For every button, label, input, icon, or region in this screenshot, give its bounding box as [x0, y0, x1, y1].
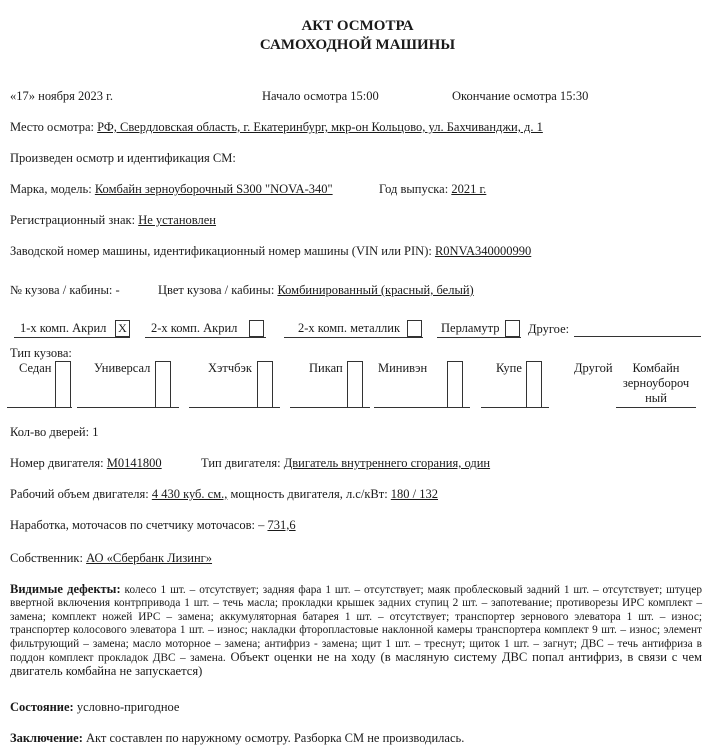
visible-defects: Видимые дефекты: колесо 1 шт. – отсутств…: [10, 583, 702, 680]
engine-number-value: M0141800: [107, 456, 162, 470]
paint-label: Перламутр: [441, 321, 499, 336]
condition-value: условно-пригодное: [77, 700, 180, 714]
paint-option-2k-acrylic: 2-х комп. Акрил: [145, 320, 266, 338]
inspection-start: Начало осмотра 15:00: [262, 89, 379, 104]
conclusion-label: Заключение:: [10, 731, 83, 745]
paint-other-field[interactable]: [574, 320, 701, 337]
model-value: Комбайн зерноуборочный S300 "NOVA-340": [95, 182, 333, 196]
paint-checkbox-pearl[interactable]: [505, 320, 520, 337]
motor-hours-label: Наработка, моточасов по счетчику моточас…: [10, 518, 264, 532]
motor-hours-value: 731,6: [267, 518, 295, 532]
inspection-date: «17» ноября 2023 г.: [10, 89, 113, 104]
body-type-checkbox-sedan[interactable]: [55, 361, 71, 407]
body-type-label-wagon: Универсал: [94, 361, 150, 376]
engine-power-label: мощность двигателя, л.с/кВт:: [231, 487, 388, 501]
body-type-label-pickup: Пикап: [309, 361, 343, 376]
doors-count: Кол-во дверей: 1: [10, 425, 98, 440]
body-type-sedan: Седан: [7, 361, 72, 408]
reg-label: Регистрационный знак:: [10, 213, 135, 227]
body-type-checkbox-pickup[interactable]: [347, 361, 363, 407]
document-title-line2: САМОХОДНОЙ МАШИНЫ: [0, 36, 715, 54]
body-type-label-minivan: Минивэн: [378, 361, 427, 376]
paint-label: 2-х комп. Акрил: [151, 321, 237, 336]
engine-power-value: 180 / 132: [391, 487, 438, 501]
engine-type-label: Тип двигателя:: [201, 456, 281, 470]
year-row: Год выпуска: 2021 г.: [379, 182, 486, 197]
year-value: 2021 г.: [451, 182, 486, 196]
paint-checkbox-2k-acrylic[interactable]: [249, 320, 264, 337]
engine-volume-row: Рабочий объем двигателя: 4 430 куб. см.,…: [10, 487, 438, 502]
condition-row: Состояние: условно-пригодное: [10, 700, 179, 715]
engine-type-value: Двигатель внутреннего сгорания, один: [284, 456, 490, 470]
body-type-checkbox-hatchback[interactable]: [257, 361, 273, 407]
body-type-label: Тип кузова:: [10, 346, 72, 361]
body-type-other-line1: Комбайн: [616, 361, 696, 376]
paint-option-2k-metallic: 2-х комп. металлик: [284, 320, 423, 338]
place-label: Место осмотра:: [10, 120, 94, 134]
conclusion-value: Акт составлен по наружному осмотру. Разб…: [86, 731, 464, 745]
year-label: Год выпуска:: [379, 182, 448, 196]
body-type-other-label: Другой: [574, 361, 613, 376]
body-type-hatchback: Хэтчбэк: [189, 361, 280, 408]
body-type-pickup: Пикап: [290, 361, 370, 408]
body-type-minivan: Минивэн: [374, 361, 470, 408]
paint-label: 2-х комп. металлик: [298, 321, 400, 336]
place-row: Место осмотра: РФ, Свердловская область,…: [10, 120, 543, 135]
vin-label: Заводской номер машины, идентификационны…: [10, 244, 432, 258]
body-type-other-value: Комбайн зерноубороч ный: [616, 361, 696, 408]
engine-type-row: Тип двигателя: Двигатель внутреннего сго…: [201, 456, 490, 471]
engine-number-row: Номер двигателя: M0141800: [10, 456, 162, 471]
motor-hours-row: Наработка, моточасов по счетчику моточас…: [10, 518, 296, 533]
document-title-line1: АКТ ОСМОТРА: [0, 17, 715, 35]
reg-row: Регистрационный знак: Не установлен: [10, 213, 216, 228]
engine-volume-value: 4 430 куб. см.,: [152, 487, 228, 501]
body-number: № кузова / кабины: -: [10, 283, 120, 298]
place-value: РФ, Свердловская область, г. Екатеринбур…: [97, 120, 543, 134]
body-type-checkbox-minivan[interactable]: [447, 361, 463, 407]
paint-option-pearl: Перламутр: [437, 320, 521, 338]
paint-label: 1-х комп. Акрил: [20, 321, 106, 336]
body-type-wagon: Универсал: [77, 361, 179, 408]
engine-number-label: Номер двигателя:: [10, 456, 104, 470]
defects-label: Видимые дефекты:: [10, 582, 121, 596]
conclusion-row: Заключение: Акт составлен по наружному о…: [10, 731, 464, 746]
model-row: Марка, модель: Комбайн зерноуборочный S3…: [10, 182, 333, 197]
model-label: Марка, модель:: [10, 182, 92, 196]
body-type-label-sedan: Седан: [19, 361, 51, 376]
color-row: Цвет кузова / кабины: Комбинированный (к…: [158, 283, 474, 298]
body-type-label-coupe: Купе: [496, 361, 522, 376]
color-label: Цвет кузова / кабины:: [158, 283, 274, 297]
paint-other-label: Другое:: [528, 322, 569, 337]
engine-volume-label: Рабочий объем двигателя:: [10, 487, 149, 501]
vin-row: Заводской номер машины, идентификационны…: [10, 244, 531, 259]
paint-option-1k-acrylic: 1-х комп. Акрил X: [14, 320, 130, 338]
condition-label: Состояние:: [10, 700, 74, 714]
body-type-other-line2: зерноубороч: [616, 376, 696, 391]
paint-checkbox-2k-metallic[interactable]: [407, 320, 422, 337]
body-type-coupe: Купе: [481, 361, 549, 408]
vin-value: R0NVA340000990: [435, 244, 531, 258]
color-value: Комбинированный (красный, белый): [277, 283, 473, 297]
inspection-end: Окончание осмотра 15:30: [452, 89, 588, 104]
reg-value: Не установлен: [138, 213, 216, 227]
body-type-label-hatchback: Хэтчбэк: [208, 361, 252, 376]
paint-checkbox-1k-acrylic[interactable]: X: [115, 320, 130, 337]
body-type-checkbox-coupe[interactable]: [526, 361, 542, 407]
identification-heading: Произведен осмотр и идентификация СМ:: [10, 151, 236, 166]
owner-label: Собственник:: [10, 551, 83, 565]
owner-value: АО «Сбербанк Лизинг»: [86, 551, 212, 565]
body-type-checkbox-wagon[interactable]: [155, 361, 171, 407]
body-type-other-line3: ный: [616, 391, 696, 406]
owner-row: Собственник: АО «Сбербанк Лизинг»: [10, 551, 212, 566]
